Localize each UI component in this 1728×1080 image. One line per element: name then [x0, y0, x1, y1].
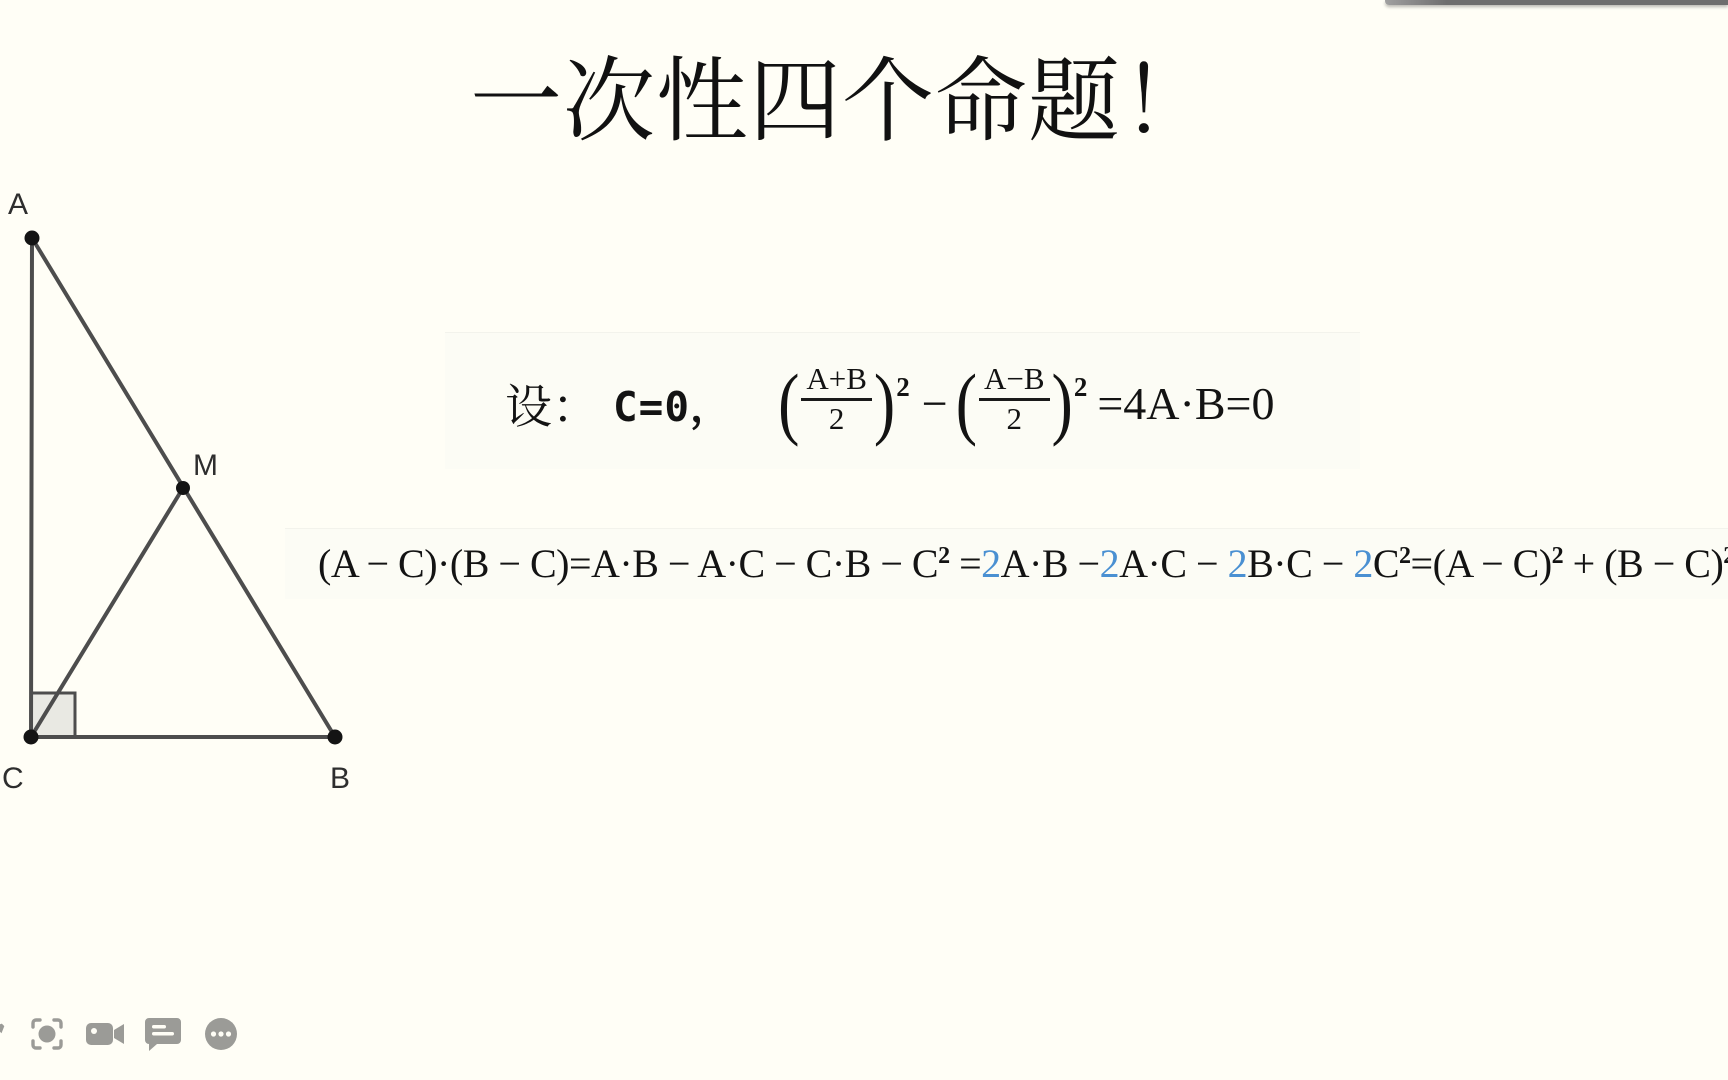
triangle-diagram: A B C M: [0, 0, 380, 850]
fraction-numerator: A+B: [801, 362, 872, 401]
open-paren: (: [778, 363, 799, 443]
formula-2-segment: B·C −: [1247, 541, 1353, 586]
formula-1-c-equals-zero: C=0，: [613, 374, 732, 433]
close-paren: ): [874, 363, 895, 443]
formula-2-segment: A·B −: [1001, 541, 1100, 586]
open-paren: (: [956, 363, 977, 443]
bottom-toolbar: [0, 1008, 250, 1060]
superscript-2: 2: [896, 372, 910, 403]
formula-2-segment: 2: [938, 543, 950, 569]
formula-2-blue-coefficient: 2: [981, 541, 1001, 586]
vertex-label-C: C: [2, 762, 24, 795]
formula-2-segment: + (B − C): [1563, 541, 1723, 586]
vertex-dot-A: [25, 231, 40, 246]
side-AC: [31, 238, 32, 737]
fraction-denominator: 2: [1007, 401, 1023, 437]
formula-2-segment: =(A − C): [1411, 541, 1552, 586]
formula-1-result: =4A·B=0: [1097, 377, 1274, 430]
more-icon[interactable]: [192, 1008, 250, 1060]
formula-2-blue-coefficient: 2: [1100, 541, 1120, 586]
formula-2-blue-coefficient: 2: [1353, 541, 1373, 586]
focus-icon[interactable]: [18, 1008, 76, 1060]
page-title: 一次性四个命题！: [470, 48, 1370, 157]
superscript-2: 2: [1074, 372, 1088, 403]
formula-2-segment: 2: [1399, 543, 1411, 569]
pen-icon[interactable]: [0, 1008, 18, 1060]
close-paren: ): [1052, 363, 1073, 443]
fraction-a-minus-b-over-2: A−B 2: [979, 362, 1050, 436]
minus-operator: −: [922, 377, 948, 430]
fraction-a-plus-b-over-2: A+B 2: [801, 362, 872, 436]
midpoint-label-M: M: [193, 449, 218, 482]
fraction-numerator: A−B: [979, 362, 1050, 401]
formula-2-blue-coefficient: 2: [1228, 541, 1248, 586]
camera-icon[interactable]: [76, 1008, 134, 1060]
top-toolbar-strip: [1385, 0, 1728, 5]
formula-2-segment: C: [1373, 541, 1399, 586]
formula-2-segment: A·C −: [1119, 541, 1227, 586]
midpoint-dot-M: [176, 481, 190, 495]
formula-2-segment: (A − C)·(B − C)=A·B − A·C − C·B − C: [318, 541, 938, 586]
median-CM: [31, 488, 183, 737]
formula-1: 设： C=0， ( A+B 2 ) 2 − ( A−B 2 ) 2 =4A·B=…: [505, 338, 1274, 468]
vertex-label-B: B: [330, 762, 350, 795]
formula-2-segment: 2: [1552, 543, 1564, 569]
formula-2-segment: =: [950, 541, 982, 586]
formula-2: (A − C)·(B − C)=A·B − A·C − C·B − C2 =2A…: [318, 540, 1728, 587]
vertex-dot-C: [24, 730, 39, 745]
formula-2-segment: 2: [1723, 543, 1728, 569]
fraction-denominator: 2: [829, 401, 845, 437]
formula-1-she: 设：: [505, 370, 599, 437]
chat-icon[interactable]: [134, 1008, 192, 1060]
vertex-label-A: A: [8, 188, 28, 221]
vertex-dot-B: [328, 730, 343, 745]
